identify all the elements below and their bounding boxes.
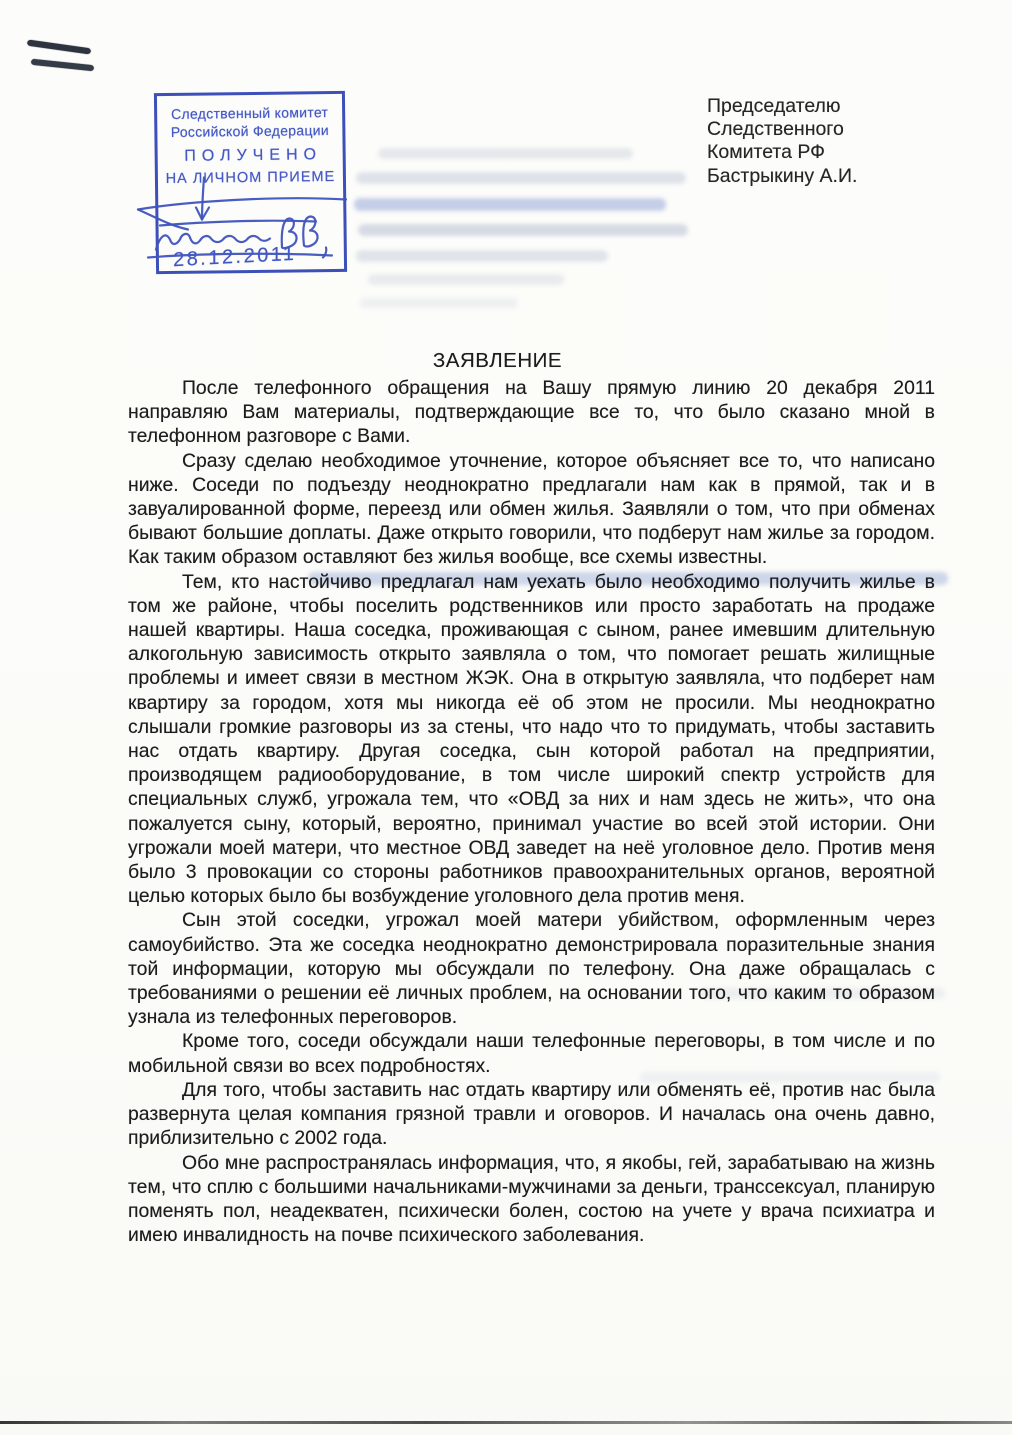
bleed-through-artifact — [358, 224, 688, 236]
scan-edge-line — [0, 1421, 1012, 1424]
letter-paragraph: Тем, кто настойчиво предлагал нам уехать… — [128, 570, 935, 909]
pen-mark-bottom — [31, 59, 94, 72]
scanned-letter-page: Следственный комитет Российской Федераци… — [0, 0, 1012, 1435]
bleed-through-artifact — [356, 172, 686, 184]
letter-paragraph: Сын этой соседки, угрожал моей матери уб… — [128, 908, 935, 1029]
bleed-through-artifact — [354, 198, 666, 211]
stamp-org-line-1: Следственный комитет — [157, 104, 342, 124]
letter-paragraph: Для того, чтобы заставить нас отдать ква… — [128, 1078, 935, 1151]
letter-body: ЗАЯВЛЕНИЕ После телефонного обращения на… — [128, 349, 935, 1247]
letter-paragraph: После телефонного обращения на Вашу прям… — [128, 376, 935, 449]
bleed-through-artifact — [378, 148, 633, 159]
recipient-line-3: Комитета РФ — [707, 141, 857, 164]
bleed-through-artifact — [356, 250, 608, 262]
letter-paragraph: Обо мне распространялась информация, что… — [128, 1151, 935, 1248]
recipient-line-2: Следственного — [707, 118, 857, 141]
bleed-through-artifact — [368, 274, 564, 285]
letter-title: ЗАЯВЛЕНИЕ — [94, 349, 901, 373]
recipient-block: Председателю Следственного Комитета РФ Б… — [707, 95, 857, 188]
stamp-status-line-1: ПОЛУЧЕНО — [158, 145, 343, 167]
bleed-through-artifact — [360, 298, 518, 308]
letter-paragraph: Кроме того, соседи обсуждали наши телефо… — [128, 1029, 935, 1077]
recipient-line-1: Председателю — [707, 95, 857, 118]
recipient-line-4: Бастрыкину А.И. — [707, 165, 857, 188]
stamp-org-line-2: Российской Федерации — [157, 121, 342, 141]
pen-mark-top — [27, 40, 91, 55]
letter-paragraph: Сразу сделаю необходимое уточнение, кото… — [128, 449, 935, 570]
